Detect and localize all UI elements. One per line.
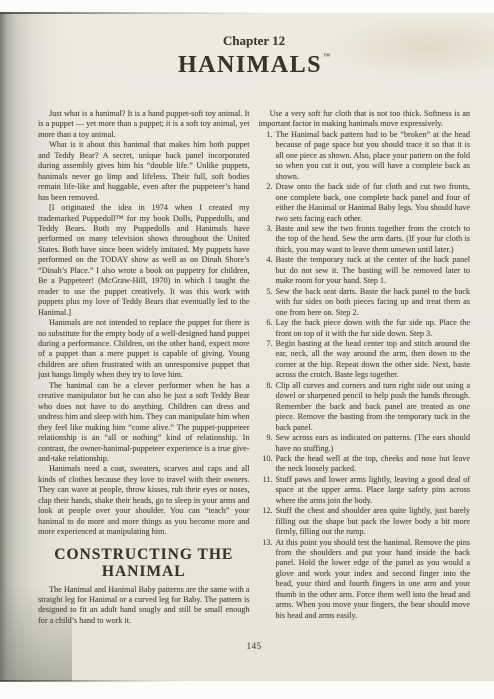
section-heading-line1: CONSTRUCTING THE bbox=[54, 546, 233, 563]
instruction-item: 10. Pack the head well at the top, cheek… bbox=[259, 454, 471, 475]
instruction-number: 11. bbox=[259, 475, 276, 506]
instruction-item: 8. Clip all curves and corners and turn … bbox=[259, 381, 471, 433]
page-content: Chapter 12 HANIMALS™ Just what is a hani… bbox=[38, 13, 470, 681]
trademark-mark: ™ bbox=[323, 52, 330, 60]
page-header: Chapter 12 HANIMALS™ bbox=[38, 33, 470, 79]
two-column-layout: Just what is a hanimal? It is a hand pup… bbox=[38, 109, 470, 626]
instruction-item: 7. Begin basting at the head center top … bbox=[259, 339, 471, 381]
instruction-text: Baste and sew the two fronts together fr… bbox=[276, 224, 471, 255]
book-page: Chapter 12 HANIMALS™ Just what is a hani… bbox=[0, 13, 494, 681]
instruction-item: 12. Stuff the chest and shoulder area qu… bbox=[259, 506, 471, 537]
instruction-item: 11. Stuff paws and lower arms lightly, l… bbox=[259, 475, 471, 506]
intro-paragraph: Use a very soft fur cloth that is not to… bbox=[259, 109, 471, 130]
paragraph: What is it about this hanimal that makes… bbox=[38, 140, 250, 203]
instruction-number: 13. bbox=[259, 538, 276, 622]
instruction-item: 13. At this point you should test the ha… bbox=[259, 538, 471, 622]
instruction-text: Baste the temporary tuck at the center o… bbox=[276, 255, 471, 286]
instruction-number: 1. bbox=[259, 130, 276, 182]
instruction-number: 7. bbox=[259, 339, 276, 381]
section-heading: CONSTRUCTING THEHANIMAL bbox=[38, 546, 250, 580]
section-heading-line2: HANIMAL bbox=[102, 563, 186, 580]
chapter-label: Chapter 12 bbox=[38, 33, 470, 49]
instruction-text: Pack the head well at the top, cheeks an… bbox=[276, 454, 471, 475]
chapter-title: HANIMALS™ bbox=[38, 52, 470, 79]
instruction-text: Lay the back piece down with the fur sid… bbox=[276, 318, 471, 339]
paragraph: [I originated the idea in 1974 when I cr… bbox=[38, 203, 250, 318]
instruction-text: Sew across ears as indicated on patterns… bbox=[276, 433, 471, 454]
left-column: Just what is a hanimal? It is a hand pup… bbox=[38, 109, 250, 626]
instruction-item: 3. Baste and sew the two fronts together… bbox=[259, 224, 471, 255]
paragraph: The Hanimal and Hanimal Baby patterns ar… bbox=[38, 585, 250, 627]
instruction-item: 2. Draw onto the back side of fur cloth … bbox=[259, 182, 471, 224]
instruction-text: Clip all curves and corners and turn rig… bbox=[276, 381, 471, 433]
instruction-number: 12. bbox=[259, 506, 276, 537]
instruction-number: 2. bbox=[259, 182, 276, 224]
paragraph: Hanimals need a coat, sweaters, scarves … bbox=[38, 464, 250, 537]
page-number: 145 bbox=[38, 641, 470, 651]
instruction-text: Stuff paws and lower arms lightly, leavi… bbox=[276, 475, 471, 506]
instruction-number: 6. bbox=[259, 318, 276, 339]
chapter-title-text: HANIMALS bbox=[178, 52, 322, 78]
right-column: Use a very soft fur cloth that is not to… bbox=[259, 109, 471, 626]
instruction-item: 6. Lay the back piece down with the fur … bbox=[259, 318, 471, 339]
instruction-text: Begin basting at the head center top and… bbox=[276, 339, 471, 381]
instruction-number: 8. bbox=[259, 381, 276, 433]
instruction-item: 1. The Hanimal back pattern had to be “b… bbox=[259, 130, 471, 182]
instruction-text: At this point you should test the hanima… bbox=[276, 538, 471, 622]
instruction-item: 4. Baste the temporary tuck at the cente… bbox=[259, 255, 471, 286]
paragraph: Hanimals are not intended to replace the… bbox=[38, 318, 250, 381]
paragraph: The hanimal can be a clever performer wh… bbox=[38, 381, 250, 465]
instruction-item: 9. Sew across ears as indicated on patte… bbox=[259, 433, 471, 454]
instruction-number: 10. bbox=[259, 454, 276, 475]
instruction-number: 9. bbox=[259, 433, 276, 454]
instruction-text: Draw onto the back side of fur cloth and… bbox=[276, 182, 471, 224]
instruction-item: 5. Sew the back seat darts. Baste the ba… bbox=[259, 287, 471, 318]
instruction-text: Stuff the chest and shoulder area quite … bbox=[276, 506, 471, 537]
scanned-book-page: Chapter 12 HANIMALS™ Just what is a hani… bbox=[0, 0, 494, 699]
instruction-number: 3. bbox=[259, 224, 276, 255]
paragraph: Just what is a hanimal? It is a hand pup… bbox=[38, 109, 250, 140]
instruction-number: 4. bbox=[259, 255, 276, 286]
instruction-number: 5. bbox=[259, 287, 276, 318]
instruction-text: The Hanimal back pattern had to be “brok… bbox=[276, 130, 471, 182]
instruction-text: Sew the back seat darts. Baste the back … bbox=[276, 287, 471, 318]
